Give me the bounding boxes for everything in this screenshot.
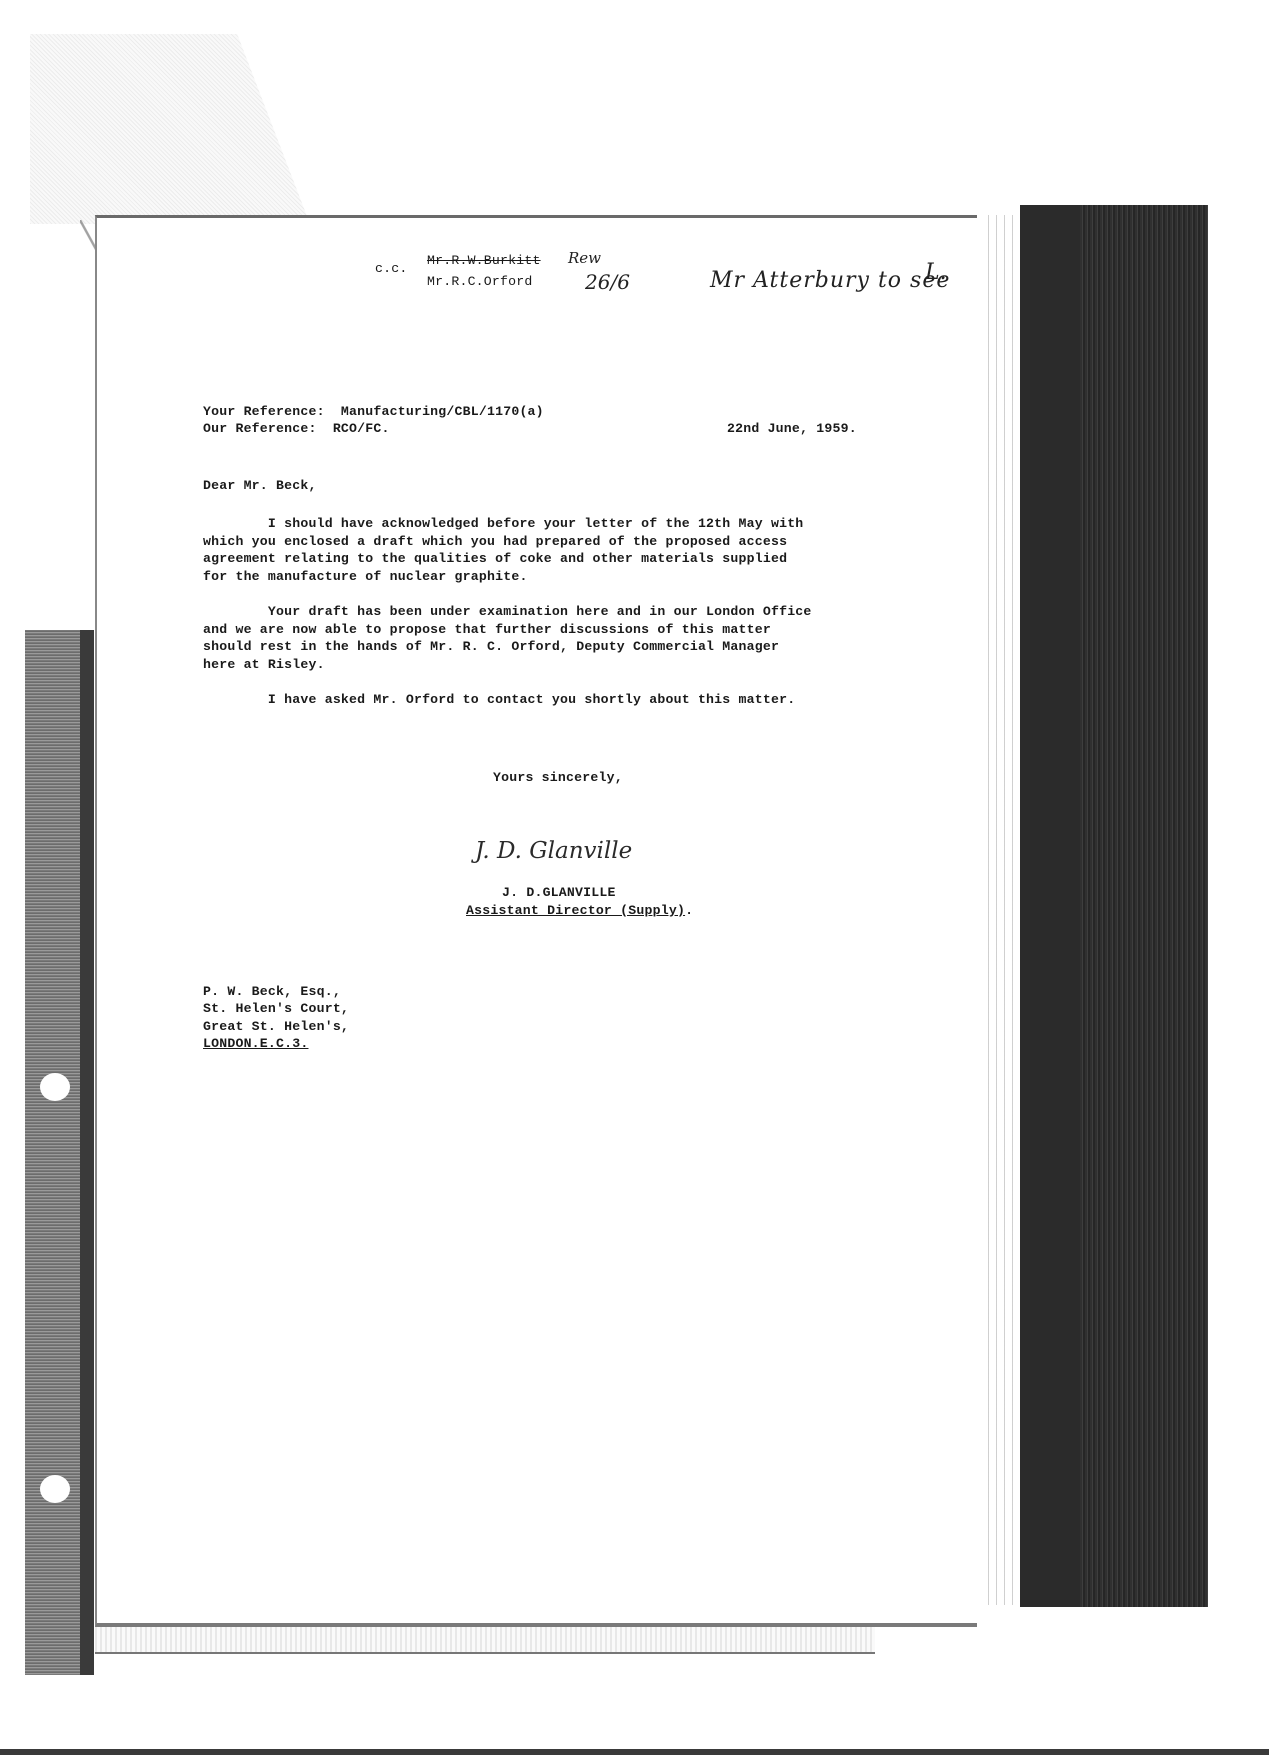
handwritten-initial: L. <box>925 260 947 285</box>
address-line: Great St. Helen's, <box>203 1018 349 1036</box>
signature: J. D. Glanville <box>475 838 632 864</box>
your-reference: Your Reference: Manufacturing/CBL/1170(a… <box>203 403 544 421</box>
cc-label: c.c. <box>375 260 407 278</box>
body-paragraph: I have asked Mr. Orford to contact you s… <box>203 691 863 709</box>
cc-struck-recipient: Mr.R.W.Burkitt <box>427 252 541 270</box>
closing: Yours sincerely, <box>493 769 623 787</box>
signer-title: Assistant Director (Supply). <box>466 902 693 920</box>
signer-title-text: Assistant Director (Supply) <box>466 903 685 918</box>
handwritten-date: 26/6 <box>585 270 630 294</box>
signer-name: J. D.GLANVILLE <box>502 884 616 902</box>
left-binder-edge <box>25 630 94 1675</box>
cc-recipient: Mr.R.C.Orford <box>427 273 532 291</box>
handwritten-margin-note: Mr Atterbury to see <box>710 268 950 293</box>
punch-hole <box>40 1073 70 1101</box>
right-binder-cover <box>1080 205 1208 1607</box>
address-line: LONDON.E.C.3. <box>203 1035 308 1053</box>
right-binder-spine <box>1020 205 1080 1607</box>
signer-title-suffix: . <box>685 903 693 918</box>
body-paragraph: I should have acknowledged before your l… <box>203 515 863 585</box>
address-line: St. Helen's Court, <box>203 1000 349 1018</box>
scanner-bottom-edge <box>0 1749 1269 1755</box>
punch-hole <box>40 1475 70 1503</box>
address-line: P. W. Beck, Esq., <box>203 983 341 1001</box>
stacked-page-edges <box>985 215 1020 1605</box>
our-reference: Our Reference: RCO/FC. <box>203 420 390 438</box>
handwritten-initials: Rew <box>568 249 601 267</box>
salutation: Dear Mr. Beck, <box>203 477 317 495</box>
body-paragraph: Your draft has been under examination he… <box>203 603 863 673</box>
folded-page-corner <box>30 34 310 224</box>
letter-date: 22nd June, 1959. <box>727 420 857 438</box>
